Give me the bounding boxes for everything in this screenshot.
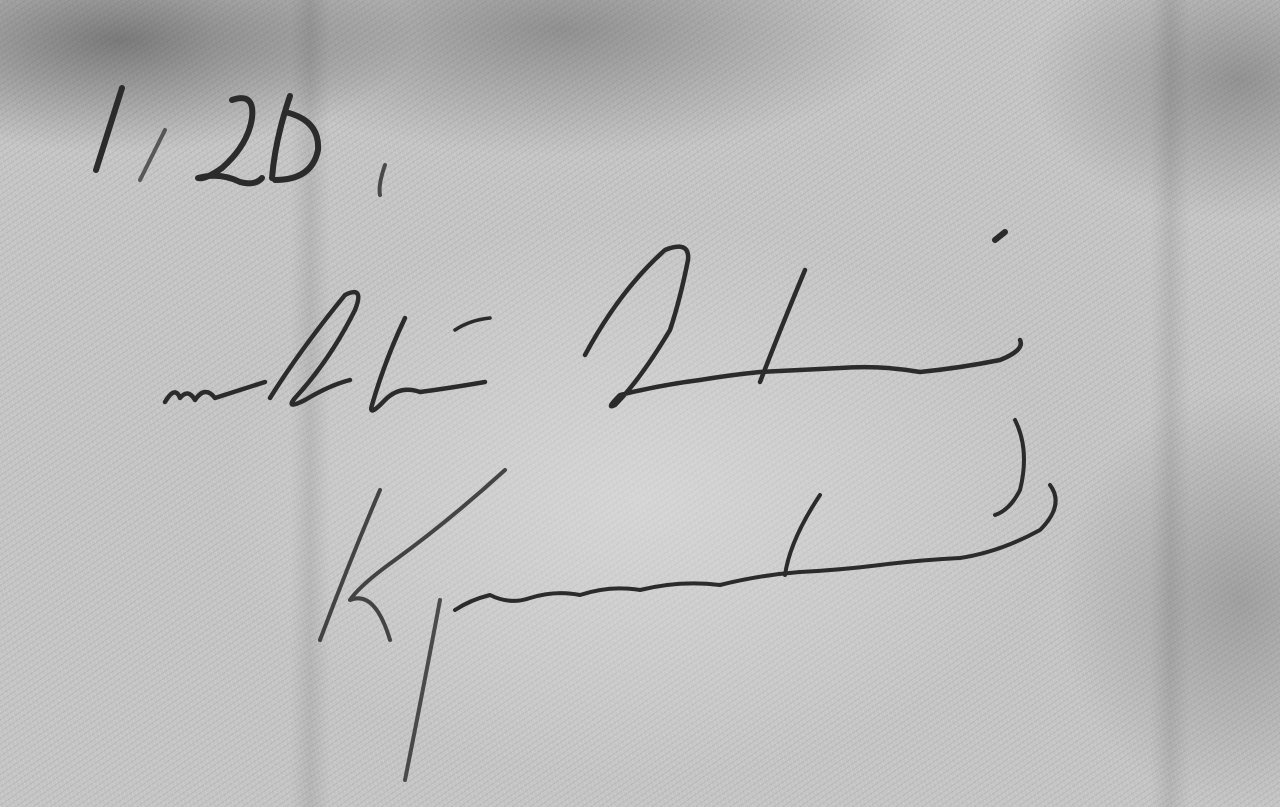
date-handwriting [96,88,385,195]
line2-handwriting [320,420,1056,780]
handwriting [0,0,1280,807]
line1-handwriting [165,232,1021,410]
